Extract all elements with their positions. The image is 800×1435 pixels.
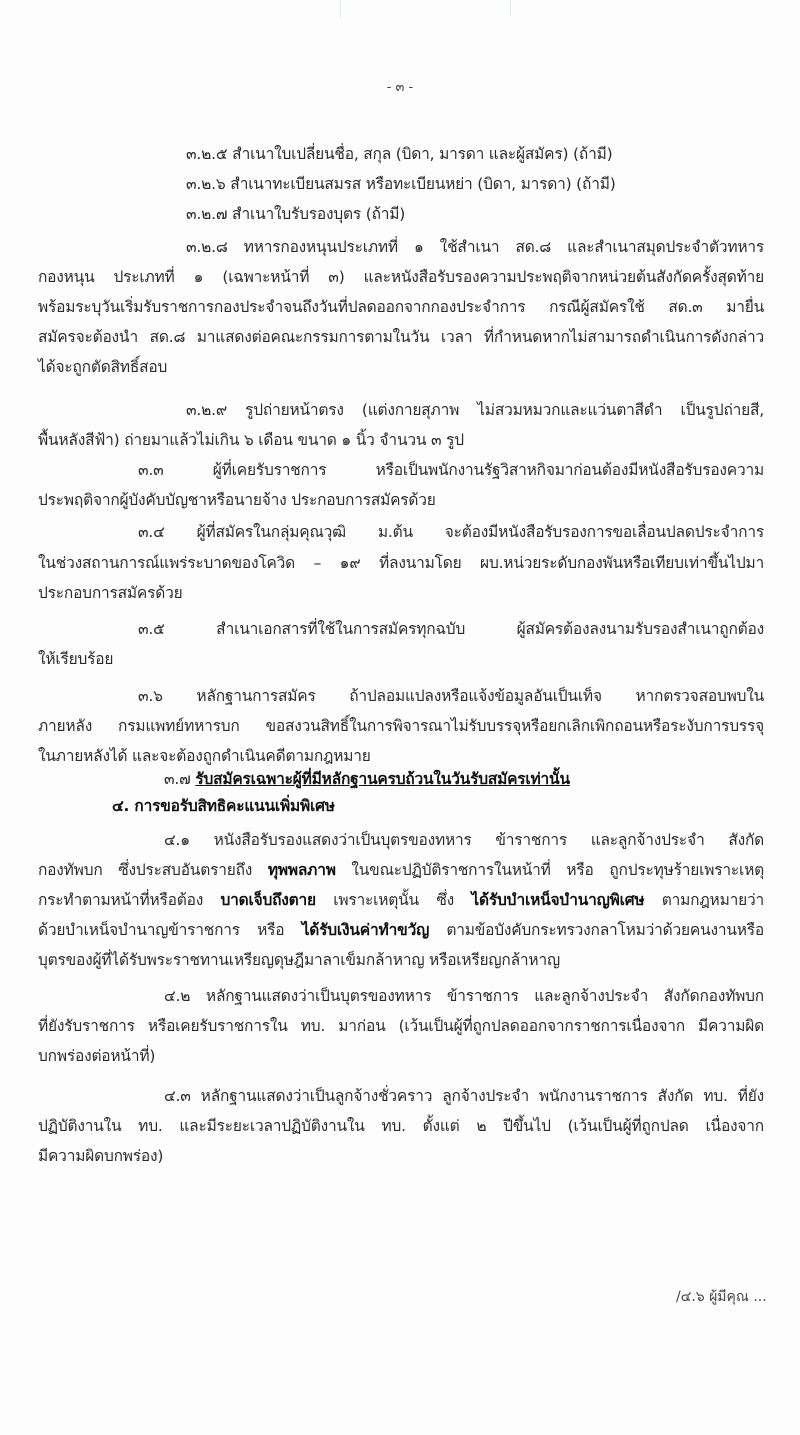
- continuation-reference: /๔.๖ ผู้มีคุณ ...: [676, 1286, 767, 1308]
- text-run: ตามกฎหมายว่า: [644, 891, 764, 909]
- item-4-2-line: ๔.๒ หลักฐานแสดงว่าเป็นบุตรของทหาร ข้าราช…: [164, 985, 764, 1007]
- item-3-5-line: ๓.๕ สำเนาเอกสารที่ใช้ในการสมัครทุกฉบับ ผ…: [138, 618, 764, 640]
- item-3-3-line: ประพฤติจากผู้บังคับบัญชาหรือนายจ้าง ประก…: [38, 489, 436, 511]
- item-3-2-8-line: สมัครจะต้องนำ สด.๘ มาแสดงต่อคณะกรรมการตา…: [38, 326, 764, 348]
- scan-artifact: [340, 0, 341, 18]
- item-3-6-line: ภายหลัง กรมแพทย์ทหารบก ขอสงวนสิทธิ์ในการ…: [38, 715, 764, 737]
- text-run: ด้วยบำเหน็จบำนาญข้าราชการ หรือ: [38, 921, 302, 939]
- item-3-2-8-line: กองหนุน ประเภทที่ ๑ (เฉพาะหน้าที่ ๓) และ…: [38, 266, 764, 288]
- item-3-4-line: ประกอบการสมัครด้วย: [38, 582, 182, 604]
- item-3-2-6: ๓.๒.๖ สำเนาทะเบียนสมรส หรือทะเบียนหย่า (…: [186, 173, 616, 195]
- item-4-1-line: บุตรของผู้ที่ได้รับพระราชทานเหรียญดุษฎีม…: [38, 949, 560, 971]
- document-page: - ๓ - ๓.๒.๕ สำเนาใบเปลี่ยนชื่อ, สกุล (บิ…: [0, 0, 800, 1435]
- item-3-2-5: ๓.๒.๕ สำเนาใบเปลี่ยนชื่อ, สกุล (บิดา, มา…: [186, 143, 612, 165]
- item-3-4-line: ในช่วงสถานการณ์แพร่ระบาดของโควิด – ๑๙ ที…: [38, 552, 764, 574]
- scan-artifact: [510, 0, 511, 16]
- text-run: กระทำตามหน้าที่หรือต้อง: [38, 891, 220, 909]
- item-4-3-line: ปฏิบัติงานใน ทบ. และมีระยะเวลาปฏิบัติงาน…: [38, 1115, 764, 1137]
- item-4-1-line: กองทัพบก ซึ่งประสบอันตรายถึง ทุพพลภาพ ใน…: [38, 859, 764, 881]
- bold-phrase: ได้รับเงินค่าทำขวัญ: [302, 921, 429, 939]
- text-run: ในขณะปฏิบัติราชการในหน้าที่ หรือ ถูกประท…: [336, 861, 764, 879]
- item-3-6-line: ๓.๖ หลักฐานการสมัคร ถ้าปลอมแปลงหรือแจ้งข…: [138, 685, 764, 707]
- bold-phrase: ได้รับบำเหน็จบำนาญพิเศษ: [471, 891, 644, 909]
- text-run: ตามข้อบังคับกระทรวงกลาโหมว่าด้วยคนงานหรื…: [429, 921, 764, 939]
- item-3-4-line: ๓.๔ ผู้ที่สมัครในกลุ่มคุณวุฒิ ม.ต้น จะต้…: [138, 521, 764, 543]
- text-run: เพราะเหตุนั้น ซึ่ง: [316, 891, 472, 909]
- item-4-3-line: มีความผิดบกพร่อง): [38, 1145, 163, 1167]
- item-3-6-line: ในภายหลังได้ และจะต้องถูกดำเนินคดีตามกฎห…: [38, 745, 371, 767]
- bold-phrase: ทุพพลภาพ: [268, 861, 336, 879]
- text-run: กองทัพบก ซึ่งประสบอันตรายถึง: [38, 861, 268, 879]
- bold-phrase: บาดเจ็บถึงตาย: [220, 891, 315, 909]
- item-3-3-line: ๓.๓ ผู้ที่เคยรับราชการ หรือเป็นพนักงานรั…: [138, 459, 764, 481]
- item-3-7-text: รับสมัครเฉพาะผู้ที่มีหลักฐานครบถ้วนในวัน…: [195, 770, 570, 788]
- item-4-2-line: ที่ยังรับราชการ หรือเคยรับราชการใน ทบ. ม…: [38, 1015, 764, 1037]
- page-number: - ๓ -: [0, 76, 800, 97]
- section-4-heading: ๔. การขอรับสิทธิคะแนนเพิ่มพิเศษ: [112, 795, 335, 817]
- item-3-5-line: ให้เรียบร้อย: [38, 648, 113, 670]
- item-3-7: ๓.๗ รับสมัครเฉพาะผู้ที่มีหลักฐานครบถ้วนใ…: [164, 768, 570, 790]
- item-3-7-number: ๓.๗: [164, 770, 191, 788]
- item-3-2-8-line: ๓.๒.๘ ทหารกองหนุนประเภทที่ ๑ ใช้สำเนา สด…: [186, 236, 764, 258]
- item-3-2-9-line: ๓.๒.๙ รูปถ่ายหน้าตรง (แต่งกายสุภาพ ไม่สว…: [186, 399, 764, 421]
- item-4-1-line: กระทำตามหน้าที่หรือต้อง บาดเจ็บถึงตาย เพ…: [38, 889, 764, 911]
- item-3-2-8-line: ได้จะถูกตัดสิทธิ์สอบ: [38, 356, 167, 378]
- item-3-2-8-line: พร้อมระบุวันเริ่มรับราชการกองประจำจนถึงว…: [38, 296, 764, 318]
- item-4-3-line: ๔.๓ หลักฐานแสดงว่าเป็นลูกจ้างชั่วคราว ลู…: [164, 1085, 764, 1107]
- item-3-2-9-line: พื้นหลังสีฟ้า) ถ่ายมาแล้วไม่เกิน ๖ เดือน…: [38, 429, 464, 451]
- item-3-2-7: ๓.๒.๗ สำเนาใบรับรองบุตร (ถ้ามี): [186, 203, 405, 225]
- item-4-1-line: ๔.๑ หนังสือรับรองแสดงว่าเป็นบุตรของทหาร …: [164, 829, 764, 851]
- item-4-2-line: บกพร่องต่อหน้าที่): [38, 1045, 155, 1067]
- item-4-1-line: ด้วยบำเหน็จบำนาญข้าราชการ หรือ ได้รับเงิ…: [38, 919, 764, 941]
